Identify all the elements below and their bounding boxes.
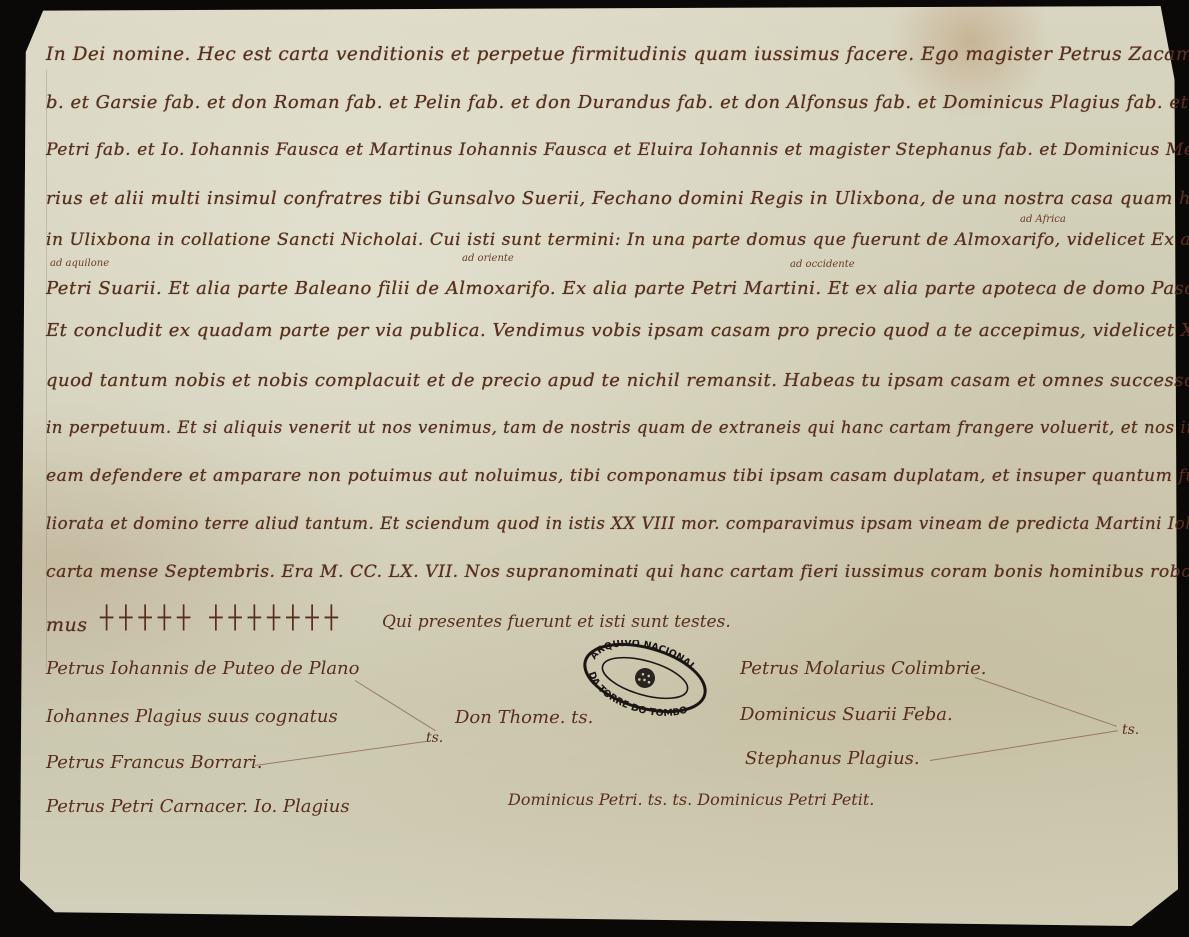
gloss-oriente: ad oriente	[462, 253, 514, 264]
text-line-7: Et concludit ex quadam parte per via pub…	[46, 320, 1189, 341]
text-line-1: In Dei nomine. Hec est carta venditionis…	[46, 44, 1189, 65]
gloss-aquilone: ad aquilone	[50, 258, 109, 269]
witness-intro: Qui presentes fuerunt et isti sunt teste…	[382, 612, 731, 632]
text-line-4: rius et alii multi insimul confratres ti…	[46, 188, 1189, 209]
text-line-9: in perpetuum. Et si aliquis venerit ut n…	[46, 418, 1189, 437]
text-line-10: eam defendere et amparare non potuimus a…	[46, 466, 1189, 486]
testes-mark-right: ts.	[1122, 722, 1139, 738]
witness-left-1: Petrus Iohannis de Puteo de Plano	[46, 658, 360, 679]
witness-center-2: Dominicus Petri. ts. ts. Dominicus Petri…	[508, 790, 874, 809]
signum-marks: ┼┼┼┼┼ ┼┼┼┼┼┼┼	[100, 606, 344, 631]
witness-right-1: Petrus Molarius Colimbrie.	[740, 658, 986, 679]
text-line-12: carta mense Septembris. Era M. CC. LX. V…	[46, 562, 1189, 582]
testes-mark-left: ts.	[426, 730, 443, 746]
text-line-2: b. et Garsie fab. et don Roman fab. et P…	[46, 92, 1189, 113]
witness-left-3: Petrus Francus Borrari.	[46, 752, 262, 773]
gloss-africa: ad Africa	[1020, 214, 1066, 225]
witness-right-3: Stephanus Plagius.	[745, 748, 920, 769]
witness-left-2: Iohannes Plagius suus cognatus	[46, 706, 338, 727]
text-line-13: mus	[46, 614, 88, 636]
witness-left-4: Petrus Petri Carnacer. Io. Plagius	[46, 796, 350, 817]
text-line-5: in Ulixbona in collatione Sancti Nichola…	[46, 230, 1189, 250]
text-line-6: Petri Suarii. Et alia parte Baleano fili…	[46, 278, 1189, 299]
gloss-occidente: ad occidente	[790, 259, 855, 270]
archive-stamp: ARQUIVO NACIONAL DA TORRE DO TOMBO	[578, 640, 712, 716]
text-line-11: liorata et domino terre aliud tantum. Et…	[46, 514, 1189, 533]
text-line-8: quod tantum nobis et nobis complacuit et…	[46, 370, 1189, 391]
witness-right-2: Dominicus Suarii Feba.	[740, 704, 953, 725]
text-line-3: Petri fab. et Io. Iohannis Fausca et Mar…	[46, 140, 1189, 160]
stamp-seal-icon: ARQUIVO NACIONAL DA TORRE DO TOMBO	[578, 640, 712, 716]
witness-center-1: Don Thome. ts.	[455, 707, 593, 728]
